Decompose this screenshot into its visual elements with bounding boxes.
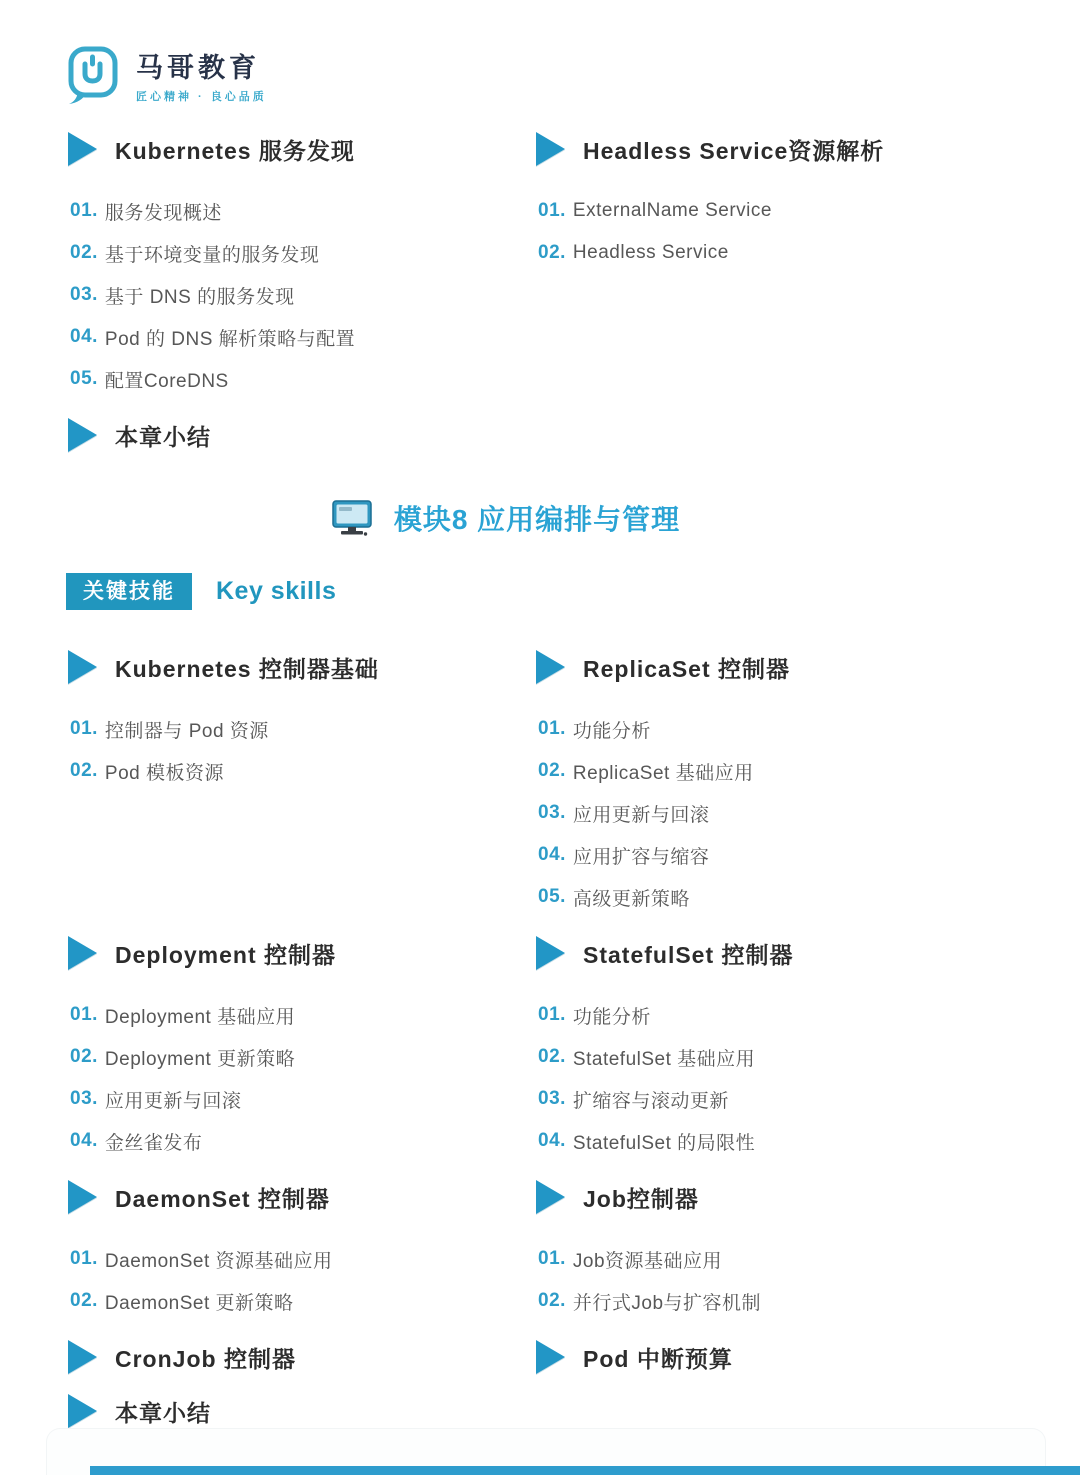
course-section: 本章小结	[68, 1392, 536, 1430]
lesson-number: 03.	[538, 1088, 566, 1110]
column-right: Pod 中断预算	[536, 1338, 1080, 1376]
section-header: Kubernetes 控制器基础	[68, 648, 536, 686]
play-triangle-icon	[536, 1340, 565, 1374]
lesson-label: DaemonSet 更新策略	[105, 1288, 294, 1315]
section-header: Job控制器	[536, 1178, 1080, 1216]
lesson-label: 应用扩容与缩容	[573, 842, 710, 869]
lesson-label: 应用更新与回滚	[573, 800, 710, 827]
computer-icon	[332, 499, 372, 537]
section-header: CronJob 控制器	[68, 1338, 536, 1376]
lesson-item: 04.应用扩容与缩容	[538, 834, 1080, 876]
lesson-list: 01.DaemonSet 资源基础应用02.DaemonSet 更新策略	[68, 1238, 536, 1322]
lesson-list: 01.Job资源基础应用02.并行式Job与扩容机制	[536, 1238, 1080, 1322]
module-header: 模块8 应用编排与管理	[0, 496, 1046, 540]
section-title: Deployment 控制器	[115, 937, 336, 970]
brand-name: 马哥教育	[136, 46, 267, 85]
lesson-label: DaemonSet 资源基础应用	[105, 1246, 333, 1273]
lesson-item: 03.应用更新与回滚	[538, 792, 1080, 834]
course-section: CronJob 控制器	[68, 1338, 536, 1376]
lesson-label: 控制器与 Pod 资源	[105, 716, 269, 743]
section-title: ReplicaSet 控制器	[583, 651, 790, 684]
course-section: Kubernetes 控制器基础01.控制器与 Pod 资源02.Pod 模板资…	[68, 648, 536, 792]
column-right: StatefulSet 控制器01.功能分析02.StatefulSet 基础应…	[536, 934, 1080, 1162]
lesson-number: 04.	[70, 1130, 98, 1152]
lesson-item: 01.功能分析	[538, 708, 1080, 750]
course-section: StatefulSet 控制器01.功能分析02.StatefulSet 基础应…	[536, 934, 1080, 1162]
lesson-label: 应用更新与回滚	[105, 1086, 242, 1113]
lesson-label: Deployment 基础应用	[105, 1002, 295, 1029]
lesson-list: 01.功能分析02.ReplicaSet 基础应用03.应用更新与回滚04.应用…	[536, 708, 1080, 918]
lesson-number: 01.	[70, 718, 98, 740]
lesson-label: 高级更新策略	[573, 884, 690, 911]
column-right	[536, 1392, 1080, 1430]
play-triangle-icon	[68, 1394, 97, 1428]
section-row: 本章小结	[68, 416, 1080, 454]
lesson-label: 基于 DNS 的服务发现	[105, 282, 295, 309]
section-title: CronJob 控制器	[115, 1341, 296, 1374]
lesson-number: 03.	[70, 1088, 98, 1110]
lesson-label: 功能分析	[573, 1002, 651, 1029]
column-left: Kubernetes 服务发现01.服务发现概述02.基于环境变量的服务发现03…	[68, 130, 536, 400]
brand-header: 马哥教育 匠心精神 · 良心品质	[0, 0, 1080, 106]
lesson-item: 01.功能分析	[538, 994, 1080, 1036]
lesson-list: 01.功能分析02.StatefulSet 基础应用03.扩缩容与滚动更新04.…	[536, 994, 1080, 1162]
lesson-number: 02.	[538, 1290, 566, 1312]
lesson-label: 扩缩容与滚动更新	[573, 1086, 729, 1113]
module8-sections: Kubernetes 控制器基础01.控制器与 Pod 资源02.Pod 模板资…	[0, 648, 1080, 1430]
lesson-list: 01.ExternalName Service02.Headless Servi…	[536, 190, 1080, 274]
section-title: Headless Service资源解析	[583, 133, 884, 166]
lesson-item: 05.高级更新策略	[538, 876, 1080, 918]
lesson-number: 01.	[70, 200, 98, 222]
section-title: DaemonSet 控制器	[115, 1181, 330, 1214]
play-triangle-icon	[68, 936, 97, 970]
lesson-item: 01.控制器与 Pod 资源	[70, 708, 536, 750]
column-left: CronJob 控制器	[68, 1338, 536, 1376]
lesson-item: 02.基于环境变量的服务发现	[70, 232, 536, 274]
lesson-label: Pod 模板资源	[105, 758, 224, 785]
play-triangle-icon	[68, 132, 97, 166]
lesson-item: 05.配置CoreDNS	[70, 358, 536, 400]
lesson-label: StatefulSet 基础应用	[573, 1044, 755, 1071]
play-triangle-icon	[68, 1180, 97, 1214]
lesson-number: 02.	[538, 1046, 566, 1068]
lesson-number: 02.	[70, 242, 98, 264]
lesson-item: 03.基于 DNS 的服务发现	[70, 274, 536, 316]
lesson-list: 01.控制器与 Pod 资源02.Pod 模板资源	[68, 708, 536, 792]
section-title: 本章小结	[115, 419, 211, 452]
lesson-number: 01.	[538, 1004, 566, 1026]
column-left: Kubernetes 控制器基础01.控制器与 Pod 资源02.Pod 模板资…	[68, 648, 536, 918]
column-left: 本章小结	[68, 416, 536, 454]
column-left: DaemonSet 控制器01.DaemonSet 资源基础应用02.Daemo…	[68, 1178, 536, 1322]
section-row: Kubernetes 控制器基础01.控制器与 Pod 资源02.Pod 模板资…	[68, 648, 1080, 918]
lesson-label: Job资源基础应用	[573, 1246, 722, 1273]
lesson-label: Deployment 更新策略	[105, 1044, 295, 1071]
section-row: Kubernetes 服务发现01.服务发现概述02.基于环境变量的服务发现03…	[68, 130, 1080, 400]
course-section: Job控制器01.Job资源基础应用02.并行式Job与扩容机制	[536, 1178, 1080, 1322]
section-header: Pod 中断预算	[536, 1338, 1080, 1376]
lesson-list: 01.服务发现概述02.基于环境变量的服务发现03.基于 DNS 的服务发现04…	[68, 190, 536, 400]
lesson-item: 01.Deployment 基础应用	[70, 994, 536, 1036]
lesson-number: 01.	[70, 1004, 98, 1026]
play-triangle-icon	[68, 418, 97, 452]
lesson-item: 03.应用更新与回滚	[70, 1078, 536, 1120]
column-right: Job控制器01.Job资源基础应用02.并行式Job与扩容机制	[536, 1178, 1080, 1322]
course-section: DaemonSet 控制器01.DaemonSet 资源基础应用02.Daemo…	[68, 1178, 536, 1322]
lesson-item: 02.DaemonSet 更新策略	[70, 1280, 536, 1322]
course-section: ReplicaSet 控制器01.功能分析02.ReplicaSet 基础应用0…	[536, 648, 1080, 918]
chapter-service-discovery-sections: Kubernetes 服务发现01.服务发现概述02.基于环境变量的服务发现03…	[0, 130, 1080, 454]
section-header: DaemonSet 控制器	[68, 1178, 536, 1216]
section-row: 本章小结	[68, 1392, 1080, 1430]
lesson-number: 05.	[538, 886, 566, 908]
lesson-label: 并行式Job与扩容机制	[573, 1288, 761, 1315]
lesson-label: 配置CoreDNS	[105, 366, 229, 393]
lesson-number: 01.	[538, 718, 566, 740]
brand-logo-icon	[64, 44, 120, 106]
lesson-label: Headless Service	[573, 242, 729, 264]
lesson-item: 02.ReplicaSet 基础应用	[538, 750, 1080, 792]
section-row: DaemonSet 控制器01.DaemonSet 资源基础应用02.Daemo…	[68, 1178, 1080, 1322]
lesson-number: 03.	[538, 802, 566, 824]
section-title: StatefulSet 控制器	[583, 937, 794, 970]
lesson-number: 01.	[538, 1248, 566, 1270]
course-section: Kubernetes 服务发现01.服务发现概述02.基于环境变量的服务发现03…	[68, 130, 536, 400]
lesson-number: 04.	[70, 326, 98, 348]
lesson-item: 03.扩缩容与滚动更新	[538, 1078, 1080, 1120]
column-right: Headless Service资源解析01.ExternalName Serv…	[536, 130, 1080, 400]
lesson-item: 02.Deployment 更新策略	[70, 1036, 536, 1078]
lesson-number: 02.	[70, 1046, 98, 1068]
lesson-item: 02.Pod 模板资源	[70, 750, 536, 792]
section-header: ReplicaSet 控制器	[536, 648, 1080, 686]
lesson-number: 01.	[538, 200, 566, 222]
lesson-label: 金丝雀发布	[105, 1128, 203, 1155]
lesson-item: 02.并行式Job与扩容机制	[538, 1280, 1080, 1322]
section-title: Job控制器	[583, 1181, 699, 1214]
column-left: Deployment 控制器01.Deployment 基础应用02.Deplo…	[68, 934, 536, 1162]
lesson-label: Pod 的 DNS 解析策略与配置	[105, 324, 355, 351]
section-row: Deployment 控制器01.Deployment 基础应用02.Deplo…	[68, 934, 1080, 1162]
lesson-label: StatefulSet 的局限性	[573, 1128, 755, 1155]
lesson-number: 03.	[70, 284, 98, 306]
lesson-label: ExternalName Service	[573, 200, 772, 222]
lesson-item: 02.StatefulSet 基础应用	[538, 1036, 1080, 1078]
section-header: Kubernetes 服务发现	[68, 130, 536, 168]
lesson-number: 04.	[538, 1130, 566, 1152]
course-section: Deployment 控制器01.Deployment 基础应用02.Deplo…	[68, 934, 536, 1162]
lesson-item: 04.金丝雀发布	[70, 1120, 536, 1162]
brand-text-block: 马哥教育 匠心精神 · 良心品质	[136, 46, 267, 104]
footer-accent-bar	[90, 1466, 1080, 1475]
section-header: StatefulSet 控制器	[536, 934, 1080, 972]
play-triangle-icon	[536, 1180, 565, 1214]
course-section: 本章小结	[68, 416, 536, 454]
lesson-number: 02.	[70, 760, 98, 782]
play-triangle-icon	[536, 936, 565, 970]
lesson-item: 01.Job资源基础应用	[538, 1238, 1080, 1280]
lesson-list: 01.Deployment 基础应用02.Deployment 更新策略03.应…	[68, 994, 536, 1162]
column-left: 本章小结	[68, 1392, 536, 1430]
lesson-number: 05.	[70, 368, 98, 390]
section-header: 本章小结	[68, 1392, 536, 1430]
lesson-label: ReplicaSet 基础应用	[573, 758, 754, 785]
lesson-item: 01.服务发现概述	[70, 190, 536, 232]
key-skills-row: 关键技能 Key skills	[66, 570, 1080, 612]
lesson-number: 04.	[538, 844, 566, 866]
section-title: 本章小结	[115, 1395, 211, 1428]
play-triangle-icon	[68, 1340, 97, 1374]
key-skills-badge: 关键技能	[66, 573, 192, 610]
course-outline-page: 马哥教育 匠心精神 · 良心品质 Kubernetes 服务发现01.服务发现概…	[0, 0, 1080, 1475]
column-right: ReplicaSet 控制器01.功能分析02.ReplicaSet 基础应用0…	[536, 648, 1080, 918]
section-title: Kubernetes 服务发现	[115, 133, 355, 166]
section-row: CronJob 控制器Pod 中断预算	[68, 1338, 1080, 1376]
play-triangle-icon	[536, 650, 565, 684]
lesson-item: 04.Pod 的 DNS 解析策略与配置	[70, 316, 536, 358]
lesson-label: 基于环境变量的服务发现	[105, 240, 320, 267]
course-section: Pod 中断预算	[536, 1338, 1080, 1376]
section-header: 本章小结	[68, 416, 536, 454]
course-section: Headless Service资源解析01.ExternalName Serv…	[536, 130, 1080, 274]
lesson-item: 02.Headless Service	[538, 232, 1080, 274]
key-skills-label: Key skills	[216, 577, 336, 606]
section-title: Pod 中断预算	[583, 1341, 733, 1374]
lesson-item: 01.DaemonSet 资源基础应用	[70, 1238, 536, 1280]
module-title: 模块8 应用编排与管理	[394, 498, 680, 538]
section-title: Kubernetes 控制器基础	[115, 651, 379, 684]
lesson-item: 04.StatefulSet 的局限性	[538, 1120, 1080, 1162]
section-header: Deployment 控制器	[68, 934, 536, 972]
lesson-label: 功能分析	[573, 716, 651, 743]
lesson-number: 02.	[538, 760, 566, 782]
lesson-number: 02.	[538, 242, 566, 264]
brand-tagline: 匠心精神 · 良心品质	[136, 88, 267, 104]
play-triangle-icon	[68, 650, 97, 684]
column-right	[536, 416, 1080, 454]
lesson-number: 02.	[70, 1290, 98, 1312]
section-header: Headless Service资源解析	[536, 130, 1080, 168]
lesson-item: 01.ExternalName Service	[538, 190, 1080, 232]
lesson-label: 服务发现概述	[105, 198, 222, 225]
lesson-number: 01.	[70, 1248, 98, 1270]
play-triangle-icon	[536, 132, 565, 166]
